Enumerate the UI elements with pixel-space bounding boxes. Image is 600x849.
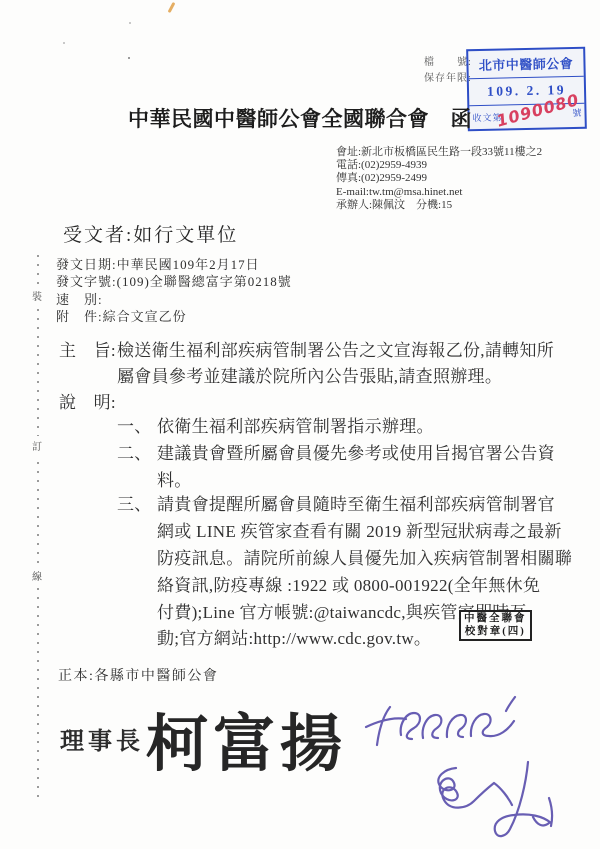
scanned-official-letter: 檔 號: 保存年限: 北市中醫師公會 109. 2. 19 收文第 109008… bbox=[0, 0, 600, 849]
item-line: 絡資訊,防疫專線 :1922 或 0800-001922(全年無休免 bbox=[157, 571, 540, 596]
receive-stamp: 北市中醫師公會 109. 2. 19 收文第 1090080 號 bbox=[466, 47, 587, 131]
item-line: 動;官方網站:http://www.cdc.gov.tw。 bbox=[157, 624, 431, 649]
contact-address: 會址:新北市板橋區民生路一段33號11樓之2 bbox=[336, 146, 542, 159]
scan-speck bbox=[128, 57, 130, 59]
item-line: 請貴會提醒所屬會員隨時至衛生福利部疾病管制署官 bbox=[157, 490, 555, 515]
contact-fax: 傳真:(02)2959-2499 bbox=[336, 172, 542, 185]
receive-stamp-org: 北市中醫師公會 bbox=[468, 49, 584, 79]
proofreading-stamp: 中醫全聯會 校對章(四) bbox=[459, 610, 532, 641]
binding-char-ding: 訂 bbox=[30, 436, 44, 455]
item-line: 依衛生福利部疾病管制署指示辦理。 bbox=[157, 412, 434, 437]
speed-class: 速 別: bbox=[56, 291, 292, 308]
subject-line: 屬會員參考並建議於院所內公告張貼,請查照辦理。 bbox=[117, 362, 502, 387]
contact-email: E-mail:tw.tm@msa.hinet.net bbox=[336, 186, 542, 199]
item-line: 料。 bbox=[157, 466, 192, 491]
handwritten-signature bbox=[438, 762, 552, 836]
recipient-line: 受文者:如行文單位 bbox=[63, 220, 238, 247]
binding-char-zhuang: 裝 bbox=[30, 286, 44, 305]
item-number: 二、 bbox=[117, 439, 152, 464]
explanation-label: 說 明: bbox=[59, 388, 116, 413]
file-meta: 檔 號: 保存年限: bbox=[424, 55, 472, 87]
receive-stamp-number-row: 收文第 1090080 號 bbox=[469, 104, 584, 129]
file-no-label: 檔 號: bbox=[424, 55, 472, 71]
handwritten-annotation bbox=[366, 697, 515, 745]
binding-dotted-line bbox=[37, 255, 39, 798]
contact-handler: 承辦人:陳佩汶 分機:15 bbox=[336, 199, 542, 212]
item-line: 建議貴會暨所屬會員優先參考或使用旨揭官署公告資 bbox=[157, 439, 555, 464]
subject-line: 檢送衛生福利部疾病管制署公告之文宣海報乙份,請轉知所 bbox=[117, 336, 554, 361]
contact-phone: 電話:(02)2959-4939 bbox=[336, 159, 542, 172]
meta-block: 發文日期:中華民國109年2月17日 發文字號:(109)全聯醫總富字第0218… bbox=[56, 256, 292, 326]
signer-name-calligraphy: 柯富揚 bbox=[146, 694, 347, 783]
item-number: 三、 bbox=[117, 490, 152, 515]
item-number: 一、 bbox=[117, 412, 152, 437]
contact-block: 會址:新北市板橋區民生路一段33號11樓之2 電話:(02)2959-4939 … bbox=[336, 146, 542, 212]
document-title: 中華民國中醫師公會全國聯合會 函 bbox=[128, 103, 472, 133]
proof-stamp-line1: 中醫全聯會 bbox=[464, 613, 527, 626]
retention-label: 保存年限: bbox=[424, 71, 472, 87]
item-line: 網或 LINE 疾管家查看有關 2019 新型冠狀病毒之最新 bbox=[157, 517, 562, 542]
subject-label: 主 旨: bbox=[59, 336, 116, 361]
scan-speck bbox=[129, 22, 131, 24]
copy-to-line: 正本:各縣市中醫師公會 bbox=[58, 665, 218, 685]
pen-mark bbox=[168, 2, 176, 13]
binding-char-xian: 線 bbox=[30, 566, 44, 585]
attachment: 附 件:綜合文宣乙份 bbox=[56, 308, 292, 325]
issue-number: 發文字號:(109)全聯醫總富字第0218號 bbox=[56, 273, 292, 290]
item-line: 防疫訊息。請院所前線人員優先加入疾病管制署相關聯 bbox=[157, 544, 572, 569]
signer-title: 理事長 bbox=[60, 721, 144, 756]
scan-speck bbox=[63, 42, 65, 44]
receive-no-suffix: 號 bbox=[572, 106, 581, 119]
proof-stamp-line2: 校對章(四) bbox=[464, 626, 527, 639]
issue-date: 發文日期:中華民國109年2月17日 bbox=[56, 256, 292, 273]
